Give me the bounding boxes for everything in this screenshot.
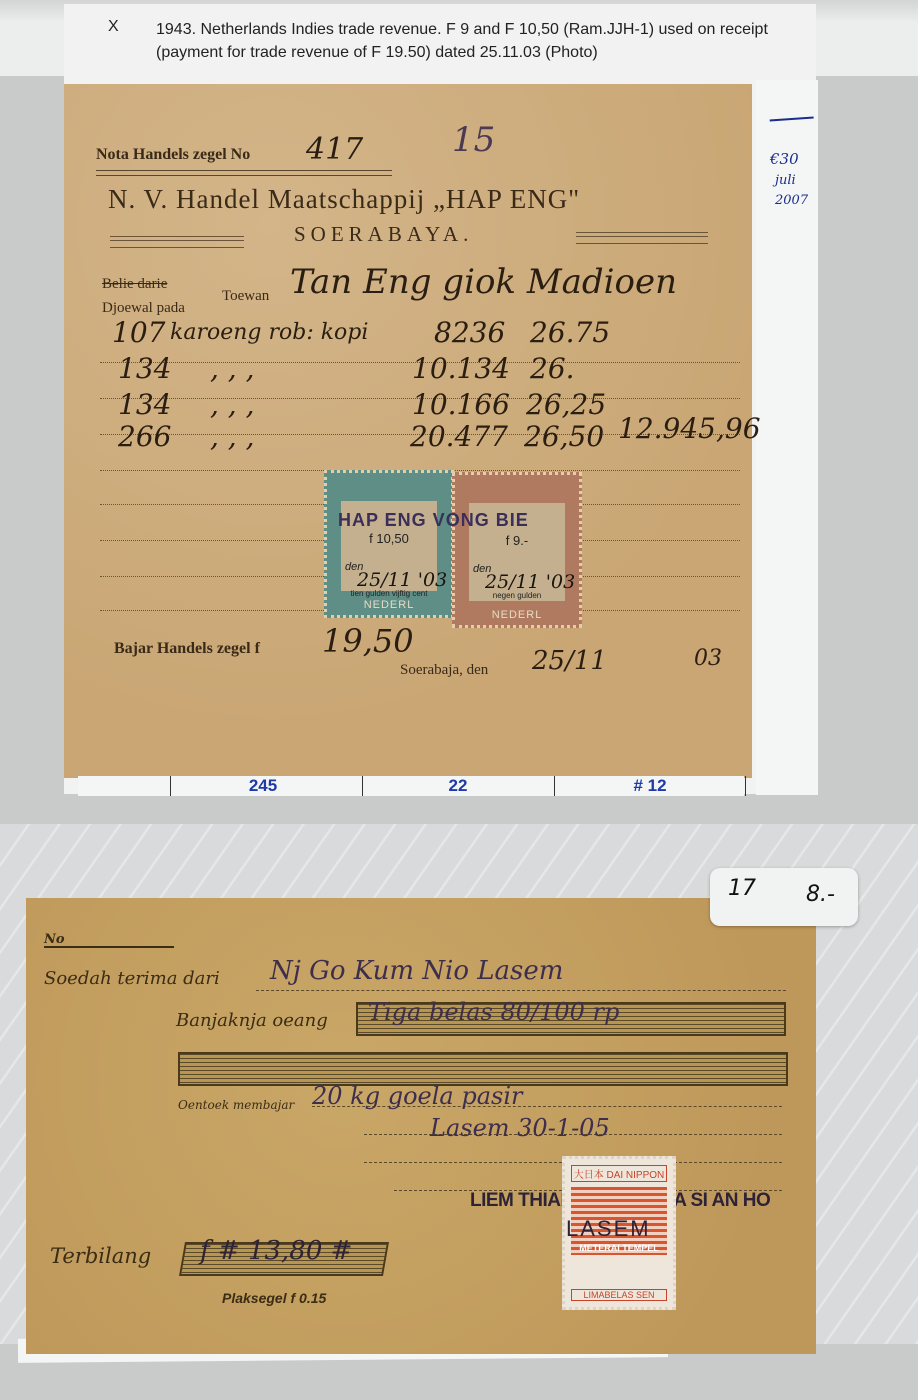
stamp-value: f 9.-: [455, 533, 579, 548]
no-label: No: [44, 932, 65, 947]
toewan-label: Toewan: [222, 288, 269, 305]
lot-number: 17: [728, 876, 756, 901]
row-qty: 134: [118, 352, 171, 385]
nota-label: Nota Handels zegel No: [96, 146, 250, 164]
row-desc: , , ,: [210, 388, 255, 421]
row-weight: 8236: [434, 316, 505, 349]
purpose-label: Oentoek membajar: [178, 1098, 294, 1112]
row-rate: 26.75: [530, 316, 610, 349]
cancel-stamp: HAP ENG VONG BIE: [338, 510, 529, 531]
row-desc: , , ,: [210, 352, 255, 385]
bajar-label: Bajar Handels zegel f: [114, 640, 260, 658]
company-name: N. V. Handel Maatschappij „HAP ENG": [108, 184, 580, 215]
nota-underline: [96, 170, 392, 176]
place-date-value: Lasem 30-1-05: [430, 1114, 610, 1142]
stamp-words: tien gulden vijftig cent: [327, 589, 451, 598]
stamp-top-text: 大日本 DAI NIPPON: [571, 1165, 667, 1182]
total-label: Terbilang: [50, 1244, 151, 1268]
stamp-middle-text: METERAI TEMPEL: [571, 1243, 667, 1253]
purpose-value: 20 kg goela pasir: [312, 1082, 522, 1110]
ornament-line-left: [110, 236, 244, 248]
row-desc: , , ,: [210, 420, 255, 453]
plaksegel-note: Plaksegel f 0.15: [222, 1290, 326, 1306]
margin-year: 2007: [775, 193, 808, 208]
lot-price: 8.-: [806, 882, 835, 907]
margin-number: 15: [452, 120, 495, 160]
bajar-value: 19,50: [322, 622, 414, 660]
row-qty: 134: [118, 388, 171, 421]
date-value: 25/11: [532, 646, 607, 676]
djoewal-label: Djoewal pada: [102, 300, 185, 317]
stamp-country: NEDERL: [455, 609, 579, 621]
no-underline: [44, 946, 174, 948]
belie-label: Belie darie: [102, 276, 167, 293]
place-label: Soerabaja, den: [400, 662, 488, 679]
tab-note: 22: [362, 776, 553, 796]
tab-note: # 12: [554, 776, 746, 796]
album-caption: 1943. Netherlands Indies trade revenue. …: [156, 18, 796, 64]
total-value: f # 13,80 #: [200, 1236, 352, 1266]
nota-number: 417: [306, 132, 363, 167]
revenue-stamp-f10-50: f 10,50 den 25/11 '03 tien gulden vijfti…: [324, 470, 454, 618]
stamp-bottom-text: LIMABELAS SEN: [571, 1289, 667, 1301]
ruled-line: [256, 990, 786, 991]
row-rate: 26.: [530, 352, 575, 385]
tab-note: 245: [170, 776, 355, 796]
caption-marker: X: [108, 18, 119, 36]
stamp-country: NEDERL: [327, 599, 451, 611]
row-weight: 10.166: [412, 388, 510, 421]
stamp-words: negen gulden: [455, 591, 579, 600]
row-weight: 10.134: [412, 352, 510, 385]
margin-price: €30: [770, 150, 799, 168]
stamp-value: f 10,50: [327, 531, 451, 546]
payer-name: Nj Go Kum Nio Lasem: [270, 956, 563, 986]
year-value: 03: [694, 646, 722, 671]
company-city: SOERABAYA.: [294, 222, 473, 247]
row-rate: 26,50: [524, 420, 604, 453]
margin-month: juli: [775, 173, 796, 188]
album-tab-strip: 245 22 # 12: [78, 776, 744, 796]
row-qty: 266: [118, 420, 171, 453]
ornament-line-right: [576, 232, 708, 244]
amount-words: Tiga belas 80/100 rp: [368, 998, 619, 1026]
row-rate: 26,25: [526, 388, 606, 421]
received-label: Soedah terima dari: [44, 968, 220, 989]
stamp-date: 25/11 '03: [357, 569, 447, 591]
stamp-date: 25/11 '03: [485, 571, 575, 593]
row-qty: 107: [112, 316, 165, 349]
buyer-name: Tan Eng giok Madioen: [290, 262, 677, 302]
revenue-stamp-f9: f 9.- den 25/11 '03 negen gulden NEDERL: [452, 472, 582, 628]
firm-city-stamp: LASEM: [566, 1216, 651, 1242]
total-amount: 12.945,96: [618, 412, 761, 445]
row-desc: karoeng rob: kopi: [170, 320, 368, 345]
wave-plate: [178, 1052, 788, 1086]
row-weight: 20.477: [410, 420, 508, 453]
amount-label: Banjaknja oeang: [176, 1010, 328, 1031]
